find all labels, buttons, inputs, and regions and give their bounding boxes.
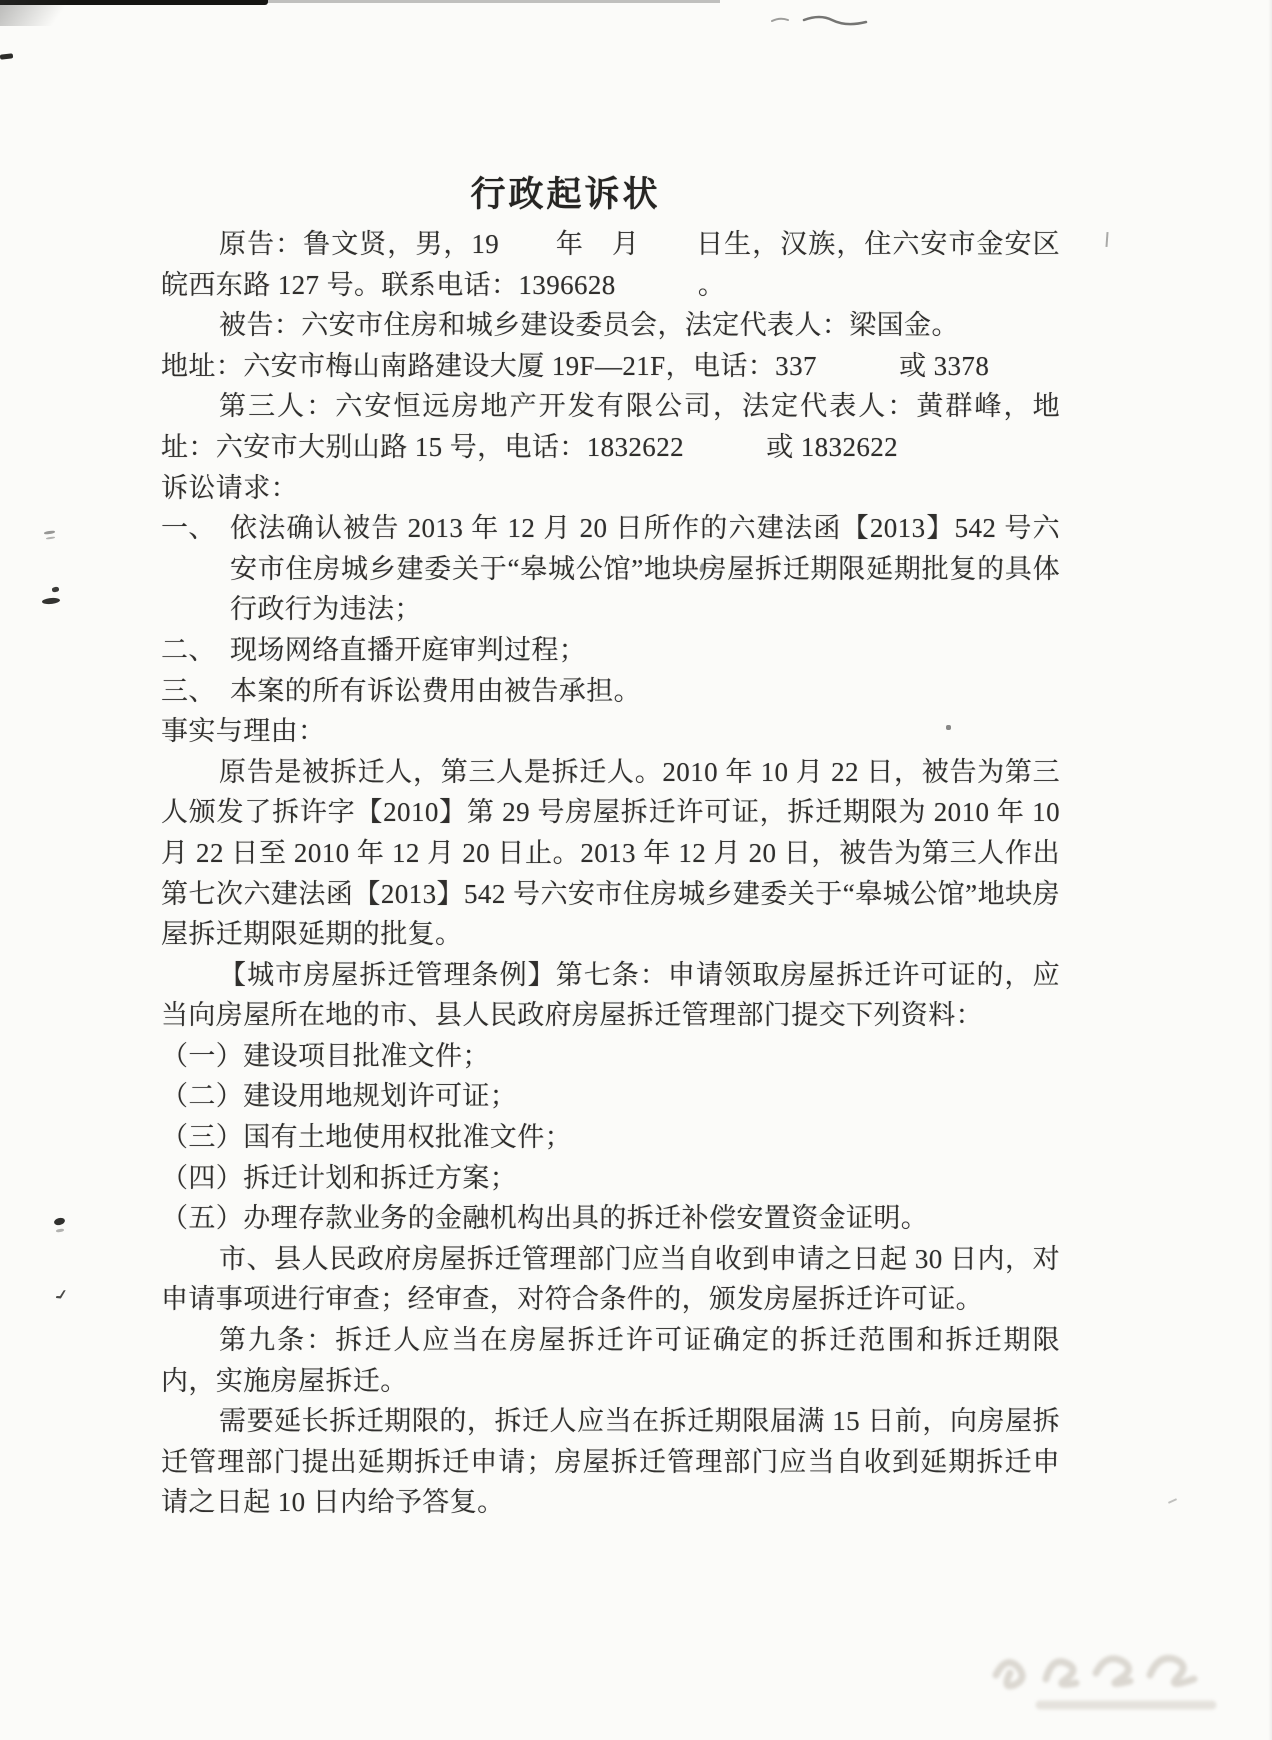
paragraph: 第九条：拆迁人应当在房屋拆迁许可证确定的拆迁范围和拆迁期限内，实施房屋拆迁。 — [161, 1320, 1060, 1401]
watermark — [988, 1645, 1220, 1726]
paragraph: 地址：六安市梅山南路建设大厦 19F—21F，电话：337 或 3378 — [161, 346, 1060, 387]
list-text: 现场网络直播开庭审判过程； — [230, 630, 1060, 671]
scan-speck — [46, 536, 55, 539]
document-text-block: 行政起诉状 原告：鲁文贤，男，19 年 月 日生，汉族，住六安市金安区皖西东路 … — [161, 176, 1060, 1523]
ink-smudge — [42, 597, 61, 605]
paragraph: 【城市房屋拆迁管理条例】第七条：申请领取房屋拆迁许可证的，应当向房屋所在地的市、… — [161, 955, 1060, 1036]
paragraph: （二）建设用地规划许可证； — [161, 1076, 1060, 1117]
scan-speck — [1168, 1498, 1177, 1504]
paragraph: 被告：六安市住房和城乡建设委员会，法定代表人：梁国金。 — [161, 305, 1060, 346]
list-number: 一、 — [161, 508, 230, 630]
ink-smudge — [52, 586, 60, 592]
paragraph: （五）办理存款业务的金融机构出具的拆迁补偿安置资金证明。 — [161, 1198, 1060, 1239]
pen-squiggle-mark — [770, 12, 870, 39]
scan-corner-smear — [0, 0, 90, 26]
page-title: 行政起诉状 — [116, 176, 1015, 214]
scan-speck — [44, 530, 55, 535]
list-item: 一、依法确认被告 2013 年 12 月 20 日所作的六建法函【2013】54… — [161, 508, 1060, 630]
list-number: 三、 — [161, 671, 230, 712]
ink-smudge — [53, 1217, 65, 1226]
ink-smudge — [54, 1289, 69, 1300]
paragraph: 原告是被拆迁人，第三人是拆迁人。2010 年 10 月 22 日，被告为第三人颁… — [161, 752, 1060, 955]
paragraph: 需要延长拆迁期限的，拆迁人应当在拆迁期限届满 15 日前，向房屋拆迁管理部门提出… — [161, 1401, 1060, 1523]
paragraph: 事实与理由： — [161, 711, 1060, 752]
list-number: 二、 — [161, 630, 230, 671]
list-text: 本案的所有诉讼费用由被告承担。 — [230, 671, 1060, 712]
list-text: 依法确认被告 2013 年 12 月 20 日所作的六建法函【2013】542 … — [230, 508, 1060, 630]
paragraph: （三）国有土地使用权批准文件； — [161, 1117, 1060, 1158]
ink-smudge — [56, 1228, 64, 1232]
paragraph: （四）拆迁计划和拆迁方案； — [161, 1158, 1060, 1199]
scan-edge-shadow — [1268, 0, 1272, 1740]
scan-edge-dash — [0, 53, 13, 59]
paragraph: 市、县人民政府房屋拆迁管理部门应当自收到申请之日起 30 日内，对申请事项进行审… — [161, 1239, 1060, 1320]
document-body: 原告：鲁文贤，男，19 年 月 日生，汉族，住六安市金安区皖西东路 127 号。… — [161, 224, 1060, 1523]
paragraph: 原告：鲁文贤，男，19 年 月 日生，汉族，住六安市金安区皖西东路 127 号。… — [161, 224, 1060, 305]
paragraph: 第三人：六安恒远房地产开发有限公司，法定代表人：黄群峰，地址：六安市大别山路 1… — [161, 386, 1060, 467]
list-item: 三、本案的所有诉讼费用由被告承担。 — [161, 671, 1060, 712]
scanned-page: 行政起诉状 原告：鲁文贤，男，19 年 月 日生，汉族，住六安市金安区皖西东路 … — [0, 0, 1272, 1740]
list-item: 二、现场网络直播开庭审判过程； — [161, 630, 1060, 671]
paragraph: 诉讼请求： — [161, 468, 1060, 509]
paragraph: （一）建设项目批准文件； — [161, 1036, 1060, 1077]
scan-speck — [1105, 232, 1108, 247]
